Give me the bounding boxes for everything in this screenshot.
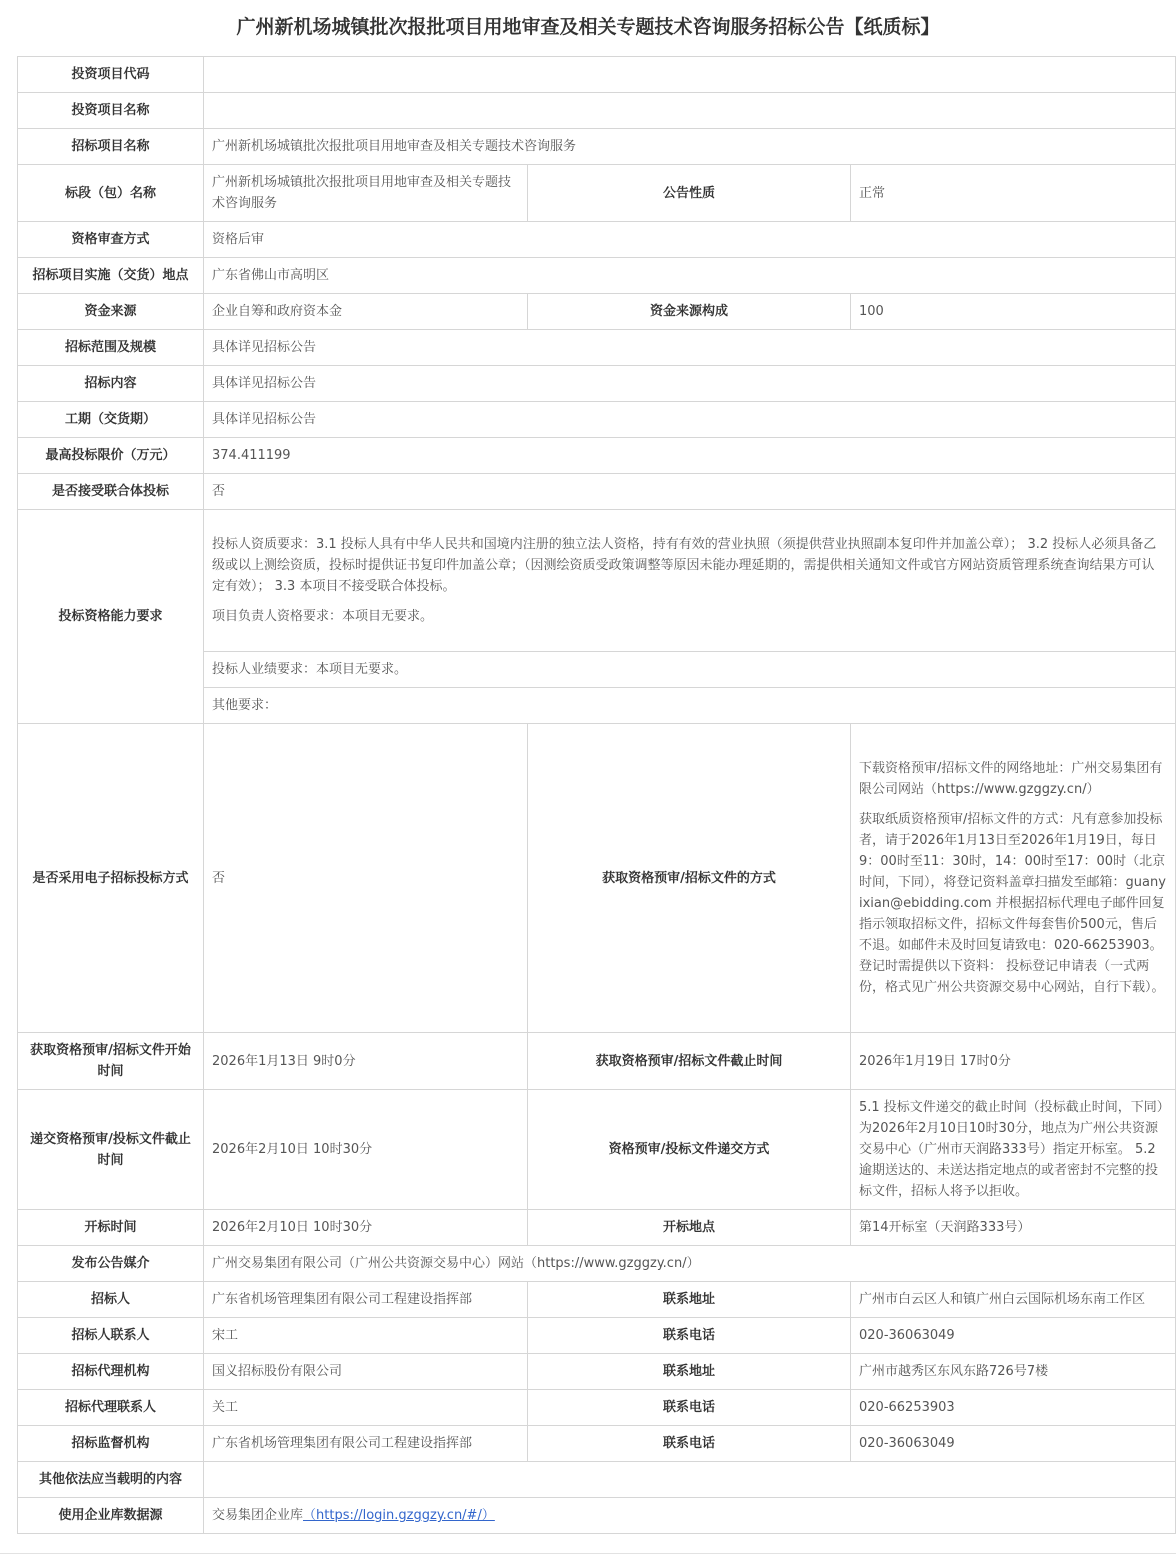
row-submit: 递交资格预审/投标文件截止时间 2026年2月10日 10时30分 资格预审/投… [18,1090,1176,1210]
row-qualification-req: 投标资格能力要求 投标人资质要求：3.1 投标人具有中华人民共和国境内注册的独立… [18,510,1176,652]
value-consortium: 否 [204,474,1176,510]
row-location: 招标项目实施（交货）地点 广东省佛山市高明区 [18,258,1176,294]
label-obtain-method: 获取资格预审/招标文件的方式 [528,724,851,1033]
label-location: 招标项目实施（交货）地点 [18,258,204,294]
value-tenderer-phone: 020-36063049 [851,1318,1176,1354]
value-max-price: 374.411199 [204,438,1176,474]
label-content: 招标内容 [18,366,204,402]
value-supervisor: 广东省机场管理集团有限公司工程建设指挥部 [204,1426,528,1462]
label-submit-deadline: 递交资格预审/投标文件截止时间 [18,1090,204,1210]
value-supervisor-phone: 020-36063049 [851,1426,1176,1462]
label-electronic-bidding: 是否采用电子招标投标方式 [18,724,204,1033]
value-obtain-end: 2026年1月19日 17时0分 [851,1033,1176,1090]
label-obtain-end: 获取资格预审/招标文件截止时间 [528,1033,851,1090]
value-enterprise-db: 交易集团企业库（https://login.gzggzy.cn/#/） [204,1498,1176,1534]
value-investment-code [204,57,1176,93]
value-qualification-review: 资格后审 [204,222,1176,258]
label-max-price: 最高投标限价（万元） [18,438,204,474]
row-tenderer-contact: 招标人联系人 宋工 联系电话 020-36063049 [18,1318,1176,1354]
label-investment-name: 投资项目名称 [18,93,204,129]
row-qualification-review: 资格审查方式 资格后审 [18,222,1176,258]
row-investment-name: 投资项目名称 [18,93,1176,129]
row-electronic-bidding: 是否采用电子招标投标方式 否 获取资格预审/招标文件的方式 下载资格预审/招标文… [18,724,1176,1033]
label-tender-project-name: 招标项目名称 [18,129,204,165]
label-tenderer-contact: 招标人联系人 [18,1318,204,1354]
value-investment-name [204,93,1176,129]
label-fund-source: 资金来源 [18,294,204,330]
value-obtain-method: 下载资格预审/招标文件的网络地址：广州交易集团有限公司网站（https://ww… [851,724,1176,1033]
value-other-legal [204,1462,1176,1498]
value-period: 具体详见招标公告 [204,402,1176,438]
label-agency-contact: 招标代理联系人 [18,1390,204,1426]
value-opening-time: 2026年2月10日 10时30分 [204,1210,528,1246]
label-qualification-req: 投标资格能力要求 [18,510,204,724]
label-supervisor-phone: 联系电话 [528,1426,851,1462]
label-fund-composition: 资金来源构成 [528,294,851,330]
page-title: 广州新机场城镇批次报批项目用地审查及相关专题技术咨询服务招标公告【纸质标】 [0,0,1176,52]
label-submit-method: 资格预审/投标文件递交方式 [528,1090,851,1210]
row-period: 工期（交货期） 具体详见招标公告 [18,402,1176,438]
label-tenderer-phone: 联系电话 [528,1318,851,1354]
label-tenderer-address: 联系地址 [528,1282,851,1318]
label-opening-place: 开标地点 [528,1210,851,1246]
row-fund-source: 资金来源 企业自筹和政府资本金 资金来源构成 100 [18,294,1176,330]
row-media: 发布公告媒介 广州交易集团有限公司（广州公共资源交易中心）网站（https://… [18,1246,1176,1282]
value-scope: 具体详见招标公告 [204,330,1176,366]
label-consortium: 是否接受联合体投标 [18,474,204,510]
label-lot-name: 标段（包）名称 [18,165,204,222]
value-location: 广东省佛山市高明区 [204,258,1176,294]
row-lot-name: 标段（包）名称 广州新机场城镇批次报批项目用地审查及相关专题技术咨询服务 公告性… [18,165,1176,222]
value-fund-source: 企业自筹和政府资本金 [204,294,528,330]
label-period: 工期（交货期） [18,402,204,438]
row-tenderer: 招标人 广东省机场管理集团有限公司工程建设指挥部 联系地址 广州市白云区人和镇广… [18,1282,1176,1318]
notice-table: 投资项目代码 投资项目名称 招标项目名称 广州新机场城镇批次报批项目用地审查及相… [17,56,1176,1534]
value-lot-name: 广州新机场城镇批次报批项目用地审查及相关专题技术咨询服务 [204,165,528,222]
row-max-price: 最高投标限价（万元） 374.411199 [18,438,1176,474]
enterprise-db-prefix: 交易集团企业库 [212,1508,303,1523]
row-consortium: 是否接受联合体投标 否 [18,474,1176,510]
value-agency-address: 广州市越秀区东风东路726号7楼 [851,1354,1176,1390]
label-investment-code: 投资项目代码 [18,57,204,93]
value-tender-project-name: 广州新机场城镇批次报批项目用地审查及相关专题技术咨询服务 [204,129,1176,165]
row-obtain-time: 获取资格预审/招标文件开始时间 2026年1月13日 9时0分 获取资格预审/招… [18,1033,1176,1090]
value-content: 具体详见招标公告 [204,366,1176,402]
row-agency-contact: 招标代理联系人 关工 联系电话 020-66253903 [18,1390,1176,1426]
label-media: 发布公告媒介 [18,1246,204,1282]
value-other-req: 其他要求： [204,688,1176,724]
value-tenderer-address: 广州市白云区人和镇广州白云国际机场东南工作区 [851,1282,1176,1318]
row-tender-project-name: 招标项目名称 广州新机场城镇批次报批项目用地审查及相关专题技术咨询服务 [18,129,1176,165]
label-qualification-review: 资格审查方式 [18,222,204,258]
label-enterprise-db: 使用企业库数据源 [18,1498,204,1534]
label-agency: 招标代理机构 [18,1354,204,1390]
row-content: 招标内容 具体详见招标公告 [18,366,1176,402]
enterprise-db-link[interactable]: （https://login.gzggzy.cn/#/） [303,1508,495,1523]
label-opening-time: 开标时间 [18,1210,204,1246]
label-obtain-start: 获取资格预审/招标文件开始时间 [18,1033,204,1090]
row-opening: 开标时间 2026年2月10日 10时30分 开标地点 第14开标室（天润路33… [18,1210,1176,1246]
value-obtain-start: 2026年1月13日 9时0分 [204,1033,528,1090]
footer-divider [0,1553,1176,1554]
manager-qualification-text: 项目负责人资格要求：本项目无要求。 [212,606,1167,627]
row-enterprise-db: 使用企业库数据源 交易集团企业库（https://login.gzggzy.cn… [18,1498,1176,1534]
paper-method-text: 获取纸质资格预审/招标文件的方式：凡有意参加投标者，请于2026年1月13日至2… [859,809,1167,998]
label-notice-nature: 公告性质 [528,165,851,222]
value-agency: 国义招标股份有限公司 [204,1354,528,1390]
value-opening-place: 第14开标室（天润路333号） [851,1210,1176,1246]
label-scope: 招标范围及规模 [18,330,204,366]
label-supervisor: 招标监督机构 [18,1426,204,1462]
value-fund-composition: 100 [851,294,1176,330]
label-other-legal: 其他依法应当载明的内容 [18,1462,204,1498]
value-performance-req: 投标人业绩要求：本项目无要求。 [204,652,1176,688]
value-agency-contact: 关工 [204,1390,528,1426]
value-agency-phone: 020-66253903 [851,1390,1176,1426]
bidder-qualification-text: 投标人资质要求：3.1 投标人具有中华人民共和国境内注册的独立法人资格，持有有效… [212,534,1167,597]
row-supervisor: 招标监督机构 广东省机场管理集团有限公司工程建设指挥部 联系电话 020-360… [18,1426,1176,1462]
label-tenderer: 招标人 [18,1282,204,1318]
row-investment-code: 投资项目代码 [18,57,1176,93]
row-scope: 招标范围及规模 具体详见招标公告 [18,330,1176,366]
value-media: 广州交易集团有限公司（广州公共资源交易中心）网站（https://www.gzg… [204,1246,1176,1282]
label-agency-address: 联系地址 [528,1354,851,1390]
value-notice-nature: 正常 [851,165,1176,222]
row-agency: 招标代理机构 国义招标股份有限公司 联系地址 广州市越秀区东风东路726号7楼 [18,1354,1176,1390]
value-submit-deadline: 2026年2月10日 10时30分 [204,1090,528,1210]
download-address-text: 下载资格预审/招标文件的网络地址：广州交易集团有限公司网站（https://ww… [859,758,1167,800]
value-tenderer: 广东省机场管理集团有限公司工程建设指挥部 [204,1282,528,1318]
value-electronic-bidding: 否 [204,724,528,1033]
value-qualification-req: 投标人资质要求：3.1 投标人具有中华人民共和国境内注册的独立法人资格，持有有效… [204,510,1176,652]
label-agency-phone: 联系电话 [528,1390,851,1426]
value-submit-method: 5.1 投标文件递交的截止时间（投标截止时间，下同）为2026年2月10日10时… [851,1090,1176,1210]
value-tenderer-contact: 宋工 [204,1318,528,1354]
row-other-legal: 其他依法应当载明的内容 [18,1462,1176,1498]
